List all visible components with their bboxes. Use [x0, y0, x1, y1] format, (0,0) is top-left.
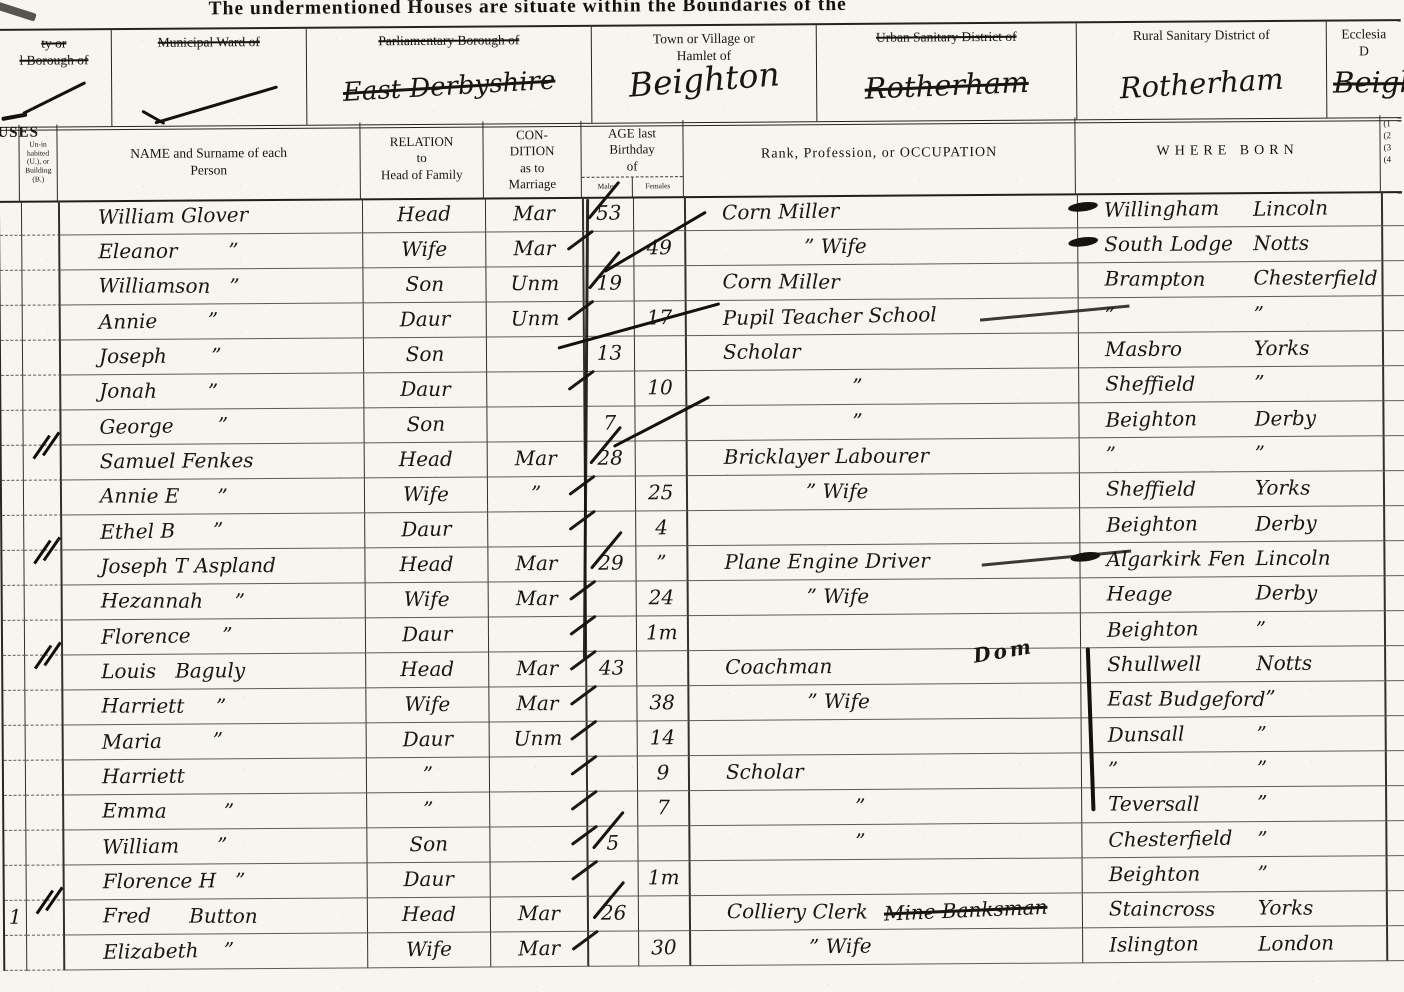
pen-stroke	[154, 85, 278, 124]
city-borough-label: ty or l Borough of	[0, 30, 111, 70]
name-cell: Florence ”	[63, 618, 366, 655]
name-cell: Samuel Fenkes	[62, 443, 365, 480]
occupation-value: ”	[852, 370, 862, 403]
condition-value: Mar	[513, 197, 556, 231]
header-box-parliamentary-borough: Parliamentary Borough of East Derbyshire	[307, 27, 593, 125]
condition-cell: Mar	[489, 652, 587, 688]
header-box-town-village: Town or Village or Hamlet of Beighton	[592, 25, 818, 123]
occupation-cell: ” Wife	[691, 928, 1083, 966]
house-count-cell	[3, 621, 25, 656]
name-cell: Elizabeth ”	[65, 933, 368, 970]
condition-value: Mar	[518, 897, 560, 930]
age-female-cell: 38	[637, 686, 689, 721]
relation-cell: Wife	[368, 932, 491, 968]
house-count-cell: 1	[5, 901, 27, 936]
where-born-cell: HeageDerby	[1081, 576, 1386, 613]
age-male-cell	[586, 476, 636, 511]
person-name: Florence H ”	[103, 864, 246, 898]
urban-sanitary-value: Rotherham	[817, 63, 1077, 108]
age-female-value: 1m	[648, 861, 680, 894]
relation-value: Wife	[404, 583, 450, 616]
age-female-value: 25	[648, 476, 674, 509]
condition-cell	[489, 617, 587, 653]
person-name: Harriett	[102, 760, 185, 794]
born-county-value: Lincoln	[1255, 541, 1383, 576]
uninhabited-cell	[25, 585, 63, 620]
where-born-cell: East Budgeford”	[1081, 681, 1386, 718]
name-cell: George ”	[61, 408, 364, 445]
occupation-cell	[688, 508, 1080, 546]
col-header-occupation: Rank, Profession, or OCCUPATION	[683, 117, 1076, 196]
age-female-value: 30	[651, 931, 677, 964]
house-count-cell	[1, 411, 23, 446]
disability-cell	[1383, 261, 1404, 296]
condition-value: Mar	[518, 932, 561, 966]
relation-cell: Daur	[364, 372, 487, 408]
occupation-value: Coachman	[725, 650, 832, 684]
born-county-value: Lincoln	[1253, 191, 1382, 227]
born-place-value: Masbro	[1079, 332, 1254, 367]
scan-smudge	[0, 0, 37, 22]
relation-value: Head	[397, 197, 452, 231]
ecclesiastical-label: Ecclesia D	[1327, 21, 1401, 60]
relation-cell: Wife	[363, 233, 486, 269]
age-female-cell	[635, 336, 687, 371]
occupation-cell: Scholar	[687, 333, 1079, 371]
age-male-cell: 5	[588, 826, 638, 861]
condition-cell	[487, 372, 585, 408]
relation-cell: Daur	[367, 722, 490, 758]
born-county-value: Yorks	[1254, 331, 1382, 366]
where-born-cell: StaincrossYorks	[1083, 891, 1388, 928]
occupation-cell: Corn Miller	[686, 193, 1078, 231]
born-place-value: Heage	[1081, 577, 1256, 612]
disability-cell	[1384, 401, 1404, 436]
house-count-cell	[4, 796, 26, 831]
condition-value: Mar	[515, 547, 557, 580]
born-place-value: ”	[1082, 752, 1257, 787]
age-female-cell: 7	[638, 791, 690, 826]
born-place-value: Beighton	[1080, 506, 1256, 543]
person-name: William Glover	[98, 198, 249, 234]
uninhabited-cell	[26, 760, 64, 795]
occupation-cell: ” Wife	[688, 473, 1080, 511]
pen-stroke	[22, 81, 86, 115]
disability-cell	[1387, 716, 1404, 751]
relation-cell: Son	[364, 337, 487, 373]
house-count-cell	[1, 306, 23, 341]
name-cell: Fred Button	[65, 898, 368, 935]
condition-cell: Mar	[488, 442, 586, 478]
col-header-where-born: WHERE BORN	[1075, 115, 1381, 193]
condition-cell: Mar	[486, 232, 584, 268]
condition-value: Mar	[516, 582, 558, 615]
where-born-cell: Teversall”	[1082, 786, 1387, 823]
uninhabited-cell	[24, 445, 62, 480]
relation-cell: Head	[368, 897, 491, 933]
person-name: George ”	[99, 409, 228, 444]
relation-cell: Head	[365, 442, 488, 478]
occupation-cell: ” Wife	[686, 228, 1078, 266]
relation-value: ”	[423, 758, 433, 791]
relation-value: Son	[409, 828, 448, 862]
age-male-cell: 28	[586, 441, 636, 476]
age-female-cell: 14	[638, 721, 690, 756]
age-female-cell	[636, 441, 688, 476]
person-name: Williamson ”	[98, 269, 239, 302]
occupation-value: ”	[855, 790, 865, 823]
age-male-cell	[585, 371, 635, 406]
born-county-value: Notts	[1256, 646, 1384, 681]
person-name: Maria ”	[101, 724, 223, 759]
relation-cell: Daur	[364, 302, 487, 338]
condition-cell	[488, 512, 586, 548]
occupation-cell	[691, 858, 1083, 896]
age-female-cell: 1m	[639, 861, 691, 896]
relation-cell: Daur	[366, 617, 489, 653]
occupation-value: Bricklayer Labourer	[724, 439, 929, 473]
occupation-cell: Pupil Teacher School	[687, 298, 1079, 336]
age-female-cell	[637, 651, 689, 686]
born-place-value: Sheffield	[1079, 367, 1254, 402]
occupation-cell	[690, 718, 1082, 756]
parliamentary-borough-value: East Derbyshire	[306, 63, 591, 110]
relation-value: Wife	[406, 933, 452, 967]
disability-cell	[1386, 646, 1404, 681]
born-county-value: Derby	[1255, 506, 1384, 542]
born-place-value: Dunsall	[1081, 716, 1257, 753]
col-header-condition: CON- DITION as to Marriage	[483, 121, 582, 198]
name-cell: William Glover	[60, 198, 363, 235]
born-county-value: Derby	[1256, 576, 1384, 610]
person-name: Florence ”	[101, 619, 233, 654]
where-born-cell: South LodgeNotts	[1078, 226, 1383, 263]
born-place-value: South Lodge	[1078, 227, 1253, 262]
ecclesiastical-value: Beighton	[1327, 65, 1404, 100]
born-place-value: Staincross	[1083, 892, 1258, 927]
born-place-value: Teversall	[1082, 787, 1257, 822]
uninhabited-cell	[24, 515, 62, 550]
where-born-cell: Beighton”	[1081, 611, 1386, 648]
age-male-cell: 53	[584, 196, 634, 231]
age-female-value: 7	[657, 791, 670, 824]
district-header-strip: ty or l Borough of Municipal Ward of Par…	[0, 19, 1401, 131]
name-cell: Florence H ”	[65, 863, 368, 900]
disability-cell	[1387, 786, 1404, 821]
condition-value: ”	[531, 477, 541, 510]
relation-cell: Son	[367, 827, 490, 863]
condition-cell	[487, 407, 585, 443]
born-place-value: Chesterfield	[1082, 821, 1258, 858]
house-count-cell	[3, 586, 25, 621]
condition-cell: Mar	[491, 932, 589, 968]
condition-value: Mar	[513, 232, 555, 265]
born-place-value: Sheffield	[1080, 472, 1255, 507]
born-place-value: ”	[1078, 296, 1254, 333]
disability-cell	[1384, 331, 1404, 366]
occupation-value: Scholar	[726, 755, 804, 789]
where-born-cell: ””	[1082, 751, 1387, 788]
person-name: Louis Baguly	[101, 654, 245, 688]
occupation-struck-value: Mine Banksman	[883, 891, 1048, 931]
condition-cell	[490, 757, 588, 793]
col-header-age-females: Females	[633, 177, 683, 196]
born-county-value: Derby	[1254, 401, 1383, 437]
uninhabited-cell	[25, 655, 63, 690]
house-count-cell	[0, 236, 22, 271]
born-place-value: Willingham	[1078, 191, 1254, 228]
house-count-cell	[3, 691, 25, 726]
age-male-cell: 26	[589, 896, 639, 931]
age-male-cell: 13	[585, 336, 635, 371]
occupation-value: Scholar	[723, 335, 801, 369]
relation-value: Daur	[401, 512, 452, 546]
person-name: Annie ”	[98, 304, 218, 339]
name-cell: William ”	[64, 828, 367, 865]
uninhabited-cell	[23, 410, 61, 445]
condition-cell: Unm	[487, 302, 585, 338]
where-born-cell: Algarkirk FenLincoln	[1080, 541, 1385, 578]
uninhabited-cell	[27, 935, 65, 970]
rural-sanitary-value: Rotherham	[1076, 59, 1327, 108]
name-cell: Williamson ”	[60, 268, 363, 305]
relation-value: Head	[402, 898, 456, 931]
uninhabited-cell	[24, 550, 62, 585]
occupation-value: ” Wife	[809, 930, 872, 964]
uninhabited-cell	[22, 235, 60, 270]
born-county-value: ”	[1257, 821, 1386, 857]
person-name: Hezannah ”	[101, 584, 245, 618]
age-female-value: ”	[656, 546, 666, 579]
name-cell: Emma ”	[64, 793, 367, 830]
born-county-value: ”	[1258, 856, 1386, 891]
uninhabited-cell	[22, 270, 60, 305]
uninhabited-cell	[26, 725, 64, 760]
disability-cell	[1385, 436, 1404, 471]
occupation-value: ” Wife	[807, 580, 870, 613]
born-place-value: East Budgeford	[1081, 682, 1265, 717]
name-cell: Jonah ”	[61, 373, 364, 410]
occupation-value: Colliery Clerk	[727, 895, 868, 928]
person-name: Elizabeth ”	[103, 934, 235, 969]
house-count-cell	[2, 446, 24, 481]
disability-cell	[1385, 471, 1404, 506]
born-county-value: ”	[1256, 716, 1385, 752]
house-count-cell	[5, 936, 27, 971]
uninhabited-cell	[27, 900, 65, 935]
relation-value: Son	[405, 268, 444, 301]
born-county-value: Yorks	[1255, 471, 1383, 505]
relation-value: Head	[399, 548, 453, 581]
born-county-value: ”	[1257, 751, 1385, 786]
condition-value: Mar	[515, 442, 557, 475]
occupation-cell: Colliery ClerkMine Banksman	[691, 893, 1083, 931]
where-born-cell: ””	[1079, 296, 1384, 333]
disability-cell	[1384, 366, 1404, 401]
relation-value: Daur	[400, 373, 451, 406]
uninhabited-cell	[25, 620, 63, 655]
house-count-cell	[1, 376, 23, 411]
age-female-cell	[634, 266, 686, 301]
occupation-cell: ” Wife	[689, 578, 1081, 616]
name-cell: Eleanor ”	[60, 233, 363, 270]
occupation-value: Corn Miller	[722, 194, 840, 229]
person-name: Emma ”	[102, 795, 234, 828]
house-count-cell	[1, 341, 23, 376]
name-cell: Annie ”	[61, 303, 364, 340]
condition-cell	[490, 792, 588, 828]
where-born-cell: SheffieldYorks	[1080, 471, 1385, 508]
house-count-cell	[2, 551, 24, 586]
header-box-rural-sanitary: Rural Sanitary District of Rotherham	[1077, 22, 1328, 120]
relation-value: Head	[399, 443, 453, 476]
rural-sanitary-label: Rural Sanitary District of	[1077, 22, 1326, 46]
condition-value: Unm	[513, 722, 562, 756]
born-place-value: Algarkirk Fen	[1080, 542, 1255, 577]
uninhabited-cell	[24, 480, 62, 515]
relation-value: Daur	[402, 722, 453, 756]
table-header: USES Un-in habited (U.), or Building (B.…	[0, 115, 1402, 203]
paper-sheet: The undermentioned Houses are situate wi…	[0, 0, 1404, 992]
house-count-cell	[4, 761, 26, 796]
where-born-cell: BeightonDerby	[1080, 506, 1385, 543]
disability-cell	[1388, 926, 1404, 961]
occupation-value: ”	[855, 825, 866, 858]
where-born-cell: MasbroYorks	[1079, 331, 1384, 368]
relation-cell: Daur	[365, 512, 488, 548]
age-female-cell: 24	[637, 581, 689, 616]
condition-value: Mar	[516, 652, 558, 685]
uninhabited-cell	[23, 340, 61, 375]
relation-cell: Wife	[366, 582, 489, 618]
person-name: Eleanor ”	[98, 234, 239, 268]
occupation-cell: Bricklayer Labourer	[688, 438, 1080, 476]
born-place-value: Islington	[1083, 926, 1259, 963]
relation-cell: Head	[363, 198, 486, 234]
where-born-cell: Sheffield”	[1079, 366, 1384, 403]
person-name: Fred Button	[103, 899, 258, 933]
person-name: Joseph T Aspland	[100, 549, 276, 583]
occupation-cell: CoachmanDom	[689, 648, 1081, 686]
born-place-value: Brampton	[1078, 262, 1253, 297]
col-header-name: NAME and Surname of each Person	[57, 122, 361, 200]
disability-cell	[1388, 891, 1404, 926]
occupation-cell: ”	[690, 788, 1082, 826]
person-name: Jonah ”	[99, 375, 218, 408]
name-cell: Harriett ”	[63, 688, 366, 725]
relation-value: Head	[400, 653, 454, 686]
age-male-cell	[588, 756, 638, 791]
occupation-cell: Corn Miller	[686, 263, 1078, 301]
uninhabited-cell	[27, 865, 65, 900]
where-born-cell: Chesterfield”	[1082, 821, 1387, 858]
age-female-cell: 4	[636, 511, 688, 546]
born-county-value: London	[1258, 926, 1387, 962]
condition-cell: Mar	[486, 197, 584, 233]
born-county-value: ”	[1265, 681, 1384, 715]
age-female-value: 1m	[646, 616, 678, 650]
disability-cell	[1388, 856, 1404, 891]
name-cell: Hezannah ”	[63, 583, 366, 620]
age-female-value: 24	[649, 581, 675, 614]
name-cell: Ethel B ”	[62, 513, 365, 550]
occupation-cell: ”	[687, 403, 1079, 441]
disability-cell	[1383, 191, 1404, 226]
person-name: Harriett ”	[101, 690, 226, 723]
header-box-ecclesiastical: Ecclesia D Beighton	[1327, 21, 1402, 118]
born-county-value: Chesterfield	[1253, 261, 1381, 295]
disability-cell	[1386, 576, 1404, 611]
age-female-cell: 30	[639, 931, 691, 966]
condition-cell: Unm	[490, 722, 588, 758]
born-county-value: ”	[1255, 436, 1383, 471]
age-female-value: 10	[647, 371, 673, 404]
age-female-cell: 1m	[637, 616, 689, 651]
parliamentary-borough-label: Parliamentary Borough of	[307, 27, 591, 51]
where-born-cell: ShullwellNotts	[1081, 646, 1386, 683]
name-cell: Joseph ”	[61, 338, 364, 375]
person-name: William ”	[102, 829, 228, 864]
born-county-value: ”	[1253, 296, 1382, 332]
occupation-cell: ” Wife	[689, 683, 1081, 721]
occupation-value: Corn Miller	[722, 265, 839, 298]
relation-cell: Wife	[366, 687, 489, 723]
relation-value: ”	[423, 793, 433, 826]
col-header-age: AGE last Birthday of Males Females	[581, 120, 684, 197]
relation-value: Daur	[403, 863, 454, 896]
relation-value: Son	[406, 338, 445, 371]
occupation-value: ” Wife	[804, 230, 867, 263]
disability-cell	[1387, 751, 1404, 786]
disability-cell	[1385, 506, 1404, 541]
relation-value: Daur	[399, 302, 450, 336]
age-male-cell: 19	[584, 266, 634, 301]
born-place-value: Beighton	[1079, 401, 1255, 438]
born-place-value: Beighton	[1083, 857, 1258, 892]
relation-cell: ”	[367, 792, 490, 828]
condition-cell: Mar	[491, 897, 589, 933]
uninhabited-cell	[23, 375, 61, 410]
age-male-cell: 29	[586, 546, 636, 581]
relation-value: Son	[406, 408, 445, 442]
condition-cell: Mar	[489, 582, 587, 618]
name-cell: Harriett	[64, 758, 367, 795]
uninhabited-cell	[25, 690, 63, 725]
col-header-disability: (1 (2 (3 (4	[1380, 115, 1402, 191]
where-born-cell: BramptonChesterfield	[1078, 261, 1383, 298]
condition-value: Unm	[510, 302, 559, 336]
where-born-cell: Dunsall”	[1082, 716, 1387, 753]
born-place-value: Shullwell	[1081, 647, 1256, 682]
relation-value: Wife	[404, 688, 450, 721]
uninhabited-cell	[26, 830, 64, 865]
name-cell: Joseph T Aspland	[62, 548, 365, 585]
uninhabited-cell	[23, 305, 61, 340]
relation-cell: Wife	[365, 477, 488, 513]
relation-cell: ”	[367, 757, 490, 793]
relation-value: Wife	[401, 233, 447, 266]
page-title: The undermentioned Houses are situate wi…	[209, 0, 847, 20]
age-male-cell	[587, 686, 637, 721]
age-male-cell	[587, 616, 637, 651]
age-male-cell: 43	[587, 651, 637, 686]
urban-sanitary-label: Urban Sanitary District of	[817, 23, 1076, 47]
house-count: 1	[9, 901, 22, 934]
age-female-value: 4	[655, 511, 668, 544]
house-count-cell	[2, 516, 24, 551]
occupation-value: ” Wife	[806, 475, 869, 508]
condition-cell	[490, 827, 588, 863]
